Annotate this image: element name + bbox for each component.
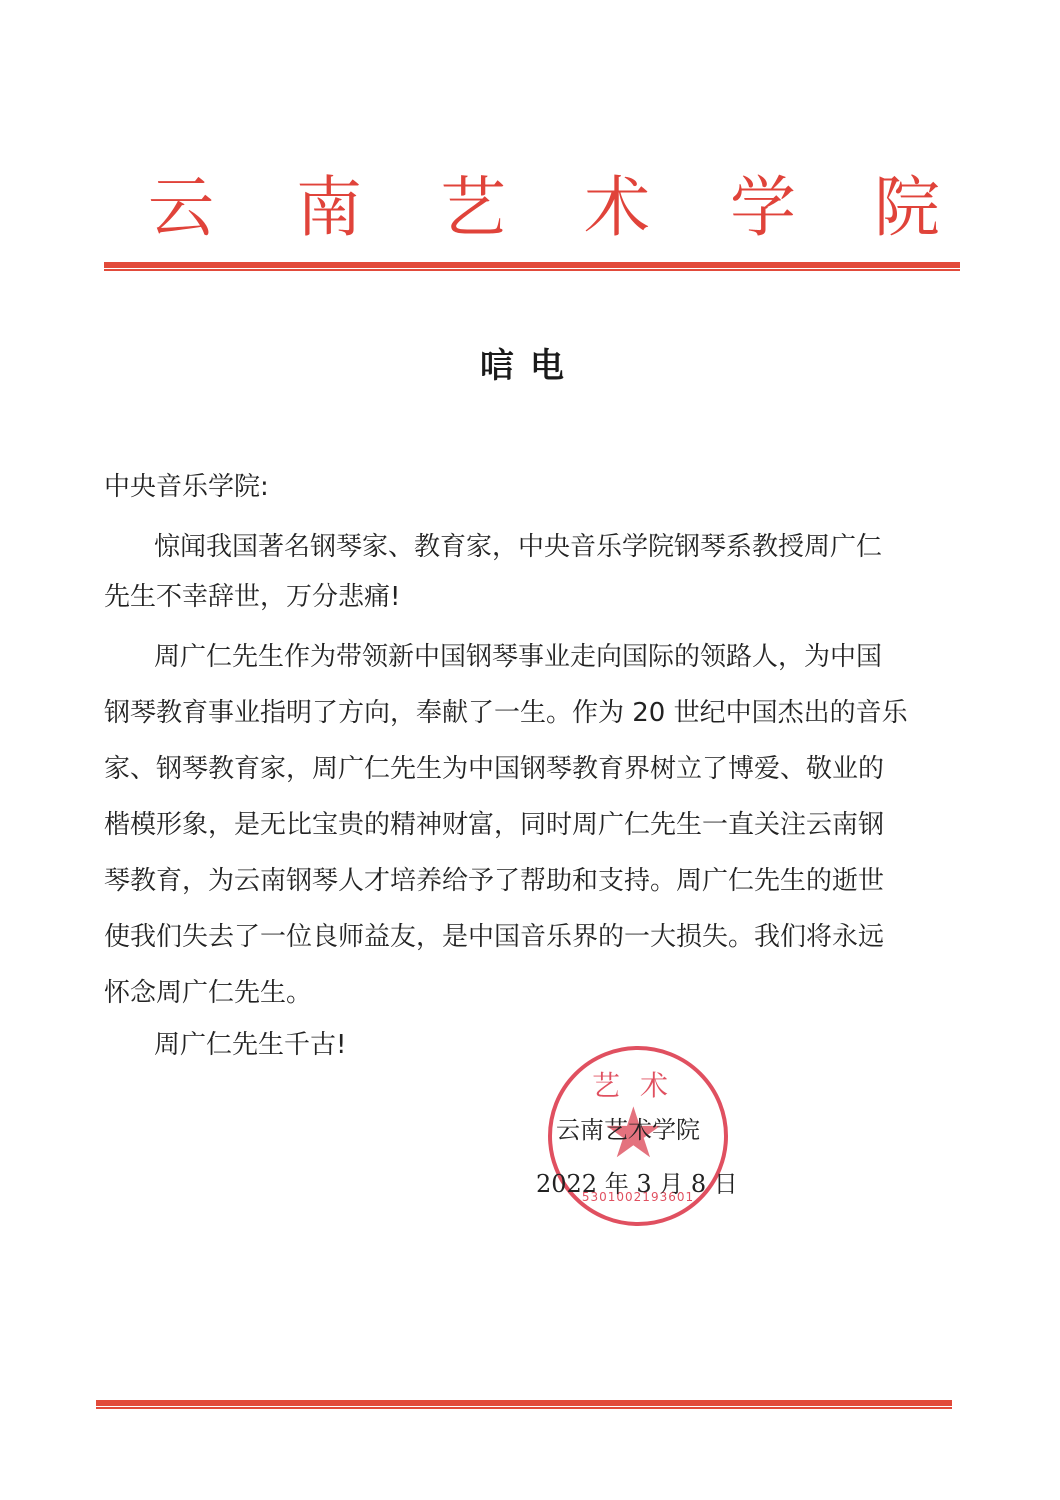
closing-line: 周广仁先生千古! — [154, 1030, 346, 1060]
paragraph-line: 周广仁先生作为带领新中国钢琴事业走向国际的领路人，为中国 — [154, 642, 882, 672]
paragraph-line: 琴教育，为云南钢琴人才培养给予了帮助和支持。周广仁先生的逝世 — [104, 866, 884, 896]
signature-org: 云南艺术学院 — [556, 1110, 700, 1145]
salutation: 中央音乐学院: — [104, 472, 269, 502]
document-title: 唁电 — [0, 338, 1060, 387]
letterhead-char: 术 — [584, 168, 650, 248]
signature-date: 2022 年 3 月 8 日 — [536, 1164, 738, 1199]
letterhead-char: 学 — [730, 168, 796, 248]
paragraph-line: 惊闻我国著名钢琴家、教育家，中央音乐学院钢琴系教授周广仁 — [154, 532, 882, 562]
letterhead-char: 艺 — [440, 168, 506, 248]
letterhead-char: 云 — [148, 168, 214, 248]
paragraph-line: 家、钢琴教育家，周广仁先生为中国钢琴教育界树立了博爱、敬业的 — [104, 754, 884, 784]
letterhead: 云 南 艺 术 学 院 — [100, 168, 970, 248]
paragraph-line: 使我们失去了一位良师益友，是中国音乐界的一大损失。我们将永远 — [104, 922, 884, 952]
footer-rule — [96, 1400, 952, 1409]
letterhead-char: 院 — [874, 168, 940, 248]
paragraph-line: 钢琴教育事业指明了方向，奉献了一生。作为 20 世纪中国杰出的音乐 — [104, 698, 908, 728]
paragraph-line: 怀念周广仁先生。 — [104, 978, 312, 1008]
letterhead-char: 南 — [296, 168, 362, 248]
paragraph-line: 先生不幸辞世，万分悲痛! — [104, 582, 400, 612]
header-rule — [104, 262, 960, 271]
paragraph-line: 楷模形象，是无比宝贵的精神财富，同时周广仁先生一直关注云南钢 — [104, 810, 884, 840]
